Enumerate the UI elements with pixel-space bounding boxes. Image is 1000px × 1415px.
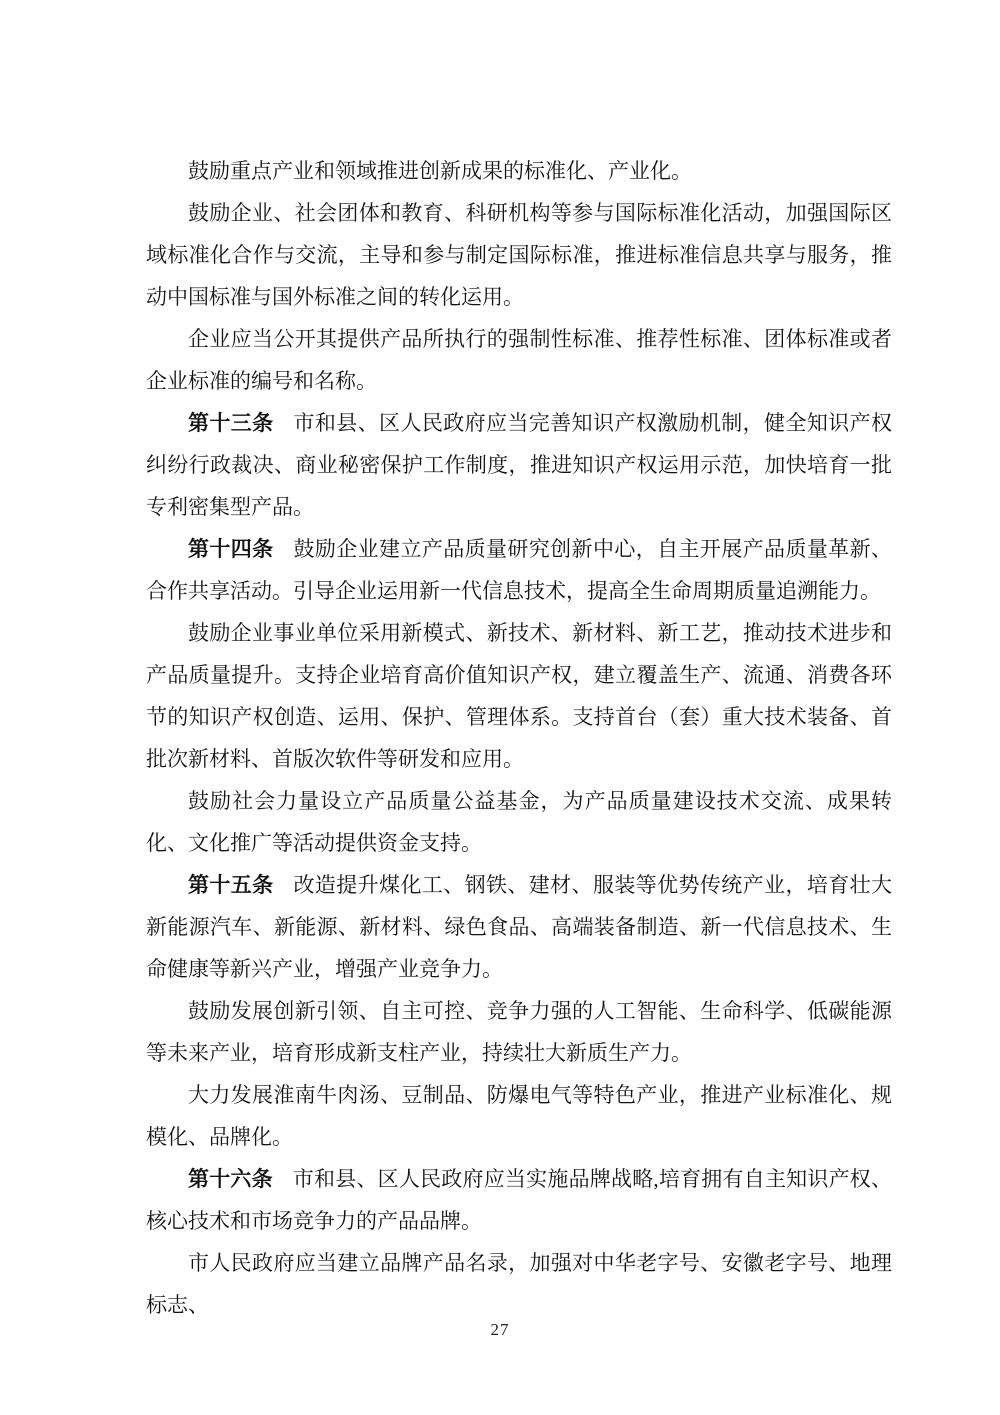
document-body: 鼓励重点产业和领域推进创新成果的标准化、产业化。 鼓励企业、社会团体和教育、科研… (146, 150, 892, 1326)
paragraph: 大力发展淮南牛肉汤、豆制品、防爆电气等特色产业，推进产业标准化、规模化、品牌化。 (146, 1074, 892, 1158)
article-number-label: 第十四条 (188, 537, 274, 561)
paragraph-text: 鼓励发展创新引领、自主可控、竞争力强的人工智能、生命科学、低碳能源等未来产业，培… (146, 999, 892, 1065)
article-number-label: 第十三条 (188, 411, 274, 435)
paragraph: 企业应当公开其提供产品所执行的强制性标准、推荐性标准、团体标准或者企业标准的编号… (146, 318, 892, 402)
paragraph-text: 鼓励重点产业和领域推进创新成果的标准化、产业化。 (188, 159, 692, 183)
paragraph: 市人民政府应当建立品牌产品名录，加强对中华老字号、安徽老字号、地理标志、 (146, 1242, 892, 1326)
page-number: 27 (491, 1320, 510, 1339)
paragraph: 鼓励企业事业单位采用新模式、新技术、新材料、新工艺，推动技术进步和产品质量提升。… (146, 612, 892, 780)
paragraph: 第十六条市和县、区人民政府应当实施品牌战略,培育拥有自主知识产权、核心技术和市场… (146, 1158, 892, 1242)
paragraph: 第十四条鼓励企业建立产品质量研究创新中心，自主开展产品质量革新、合作共享活动。引… (146, 528, 892, 612)
paragraph: 鼓励社会力量设立产品质量公益基金，为产品质量建设技术交流、成果转化、文化推广等活… (146, 780, 892, 864)
paragraph-text: 大力发展淮南牛肉汤、豆制品、防爆电气等特色产业，推进产业标准化、规模化、品牌化。 (146, 1083, 892, 1149)
paragraph-text: 鼓励企业事业单位采用新模式、新技术、新材料、新工艺，推动技术进步和产品质量提升。… (146, 621, 892, 771)
page-footer: 27 (0, 1320, 1000, 1340)
paragraph: 第十五条改造提升煤化工、钢铁、建材、服装等优势传统产业，培育壮大新能源汽车、新能… (146, 864, 892, 990)
paragraph: 第十三条市和县、区人民政府应当完善知识产权激励机制，健全知识产权纠纷行政裁决、商… (146, 402, 892, 528)
paragraph: 鼓励发展创新引领、自主可控、竞争力强的人工智能、生命科学、低碳能源等未来产业，培… (146, 990, 892, 1074)
paragraph-text: 鼓励社会力量设立产品质量公益基金，为产品质量建设技术交流、成果转化、文化推广等活… (146, 789, 892, 855)
article-number-label: 第十六条 (188, 1167, 273, 1191)
document-page: 鼓励重点产业和领域推进创新成果的标准化、产业化。 鼓励企业、社会团体和教育、科研… (0, 0, 1000, 1415)
paragraph-text: 企业应当公开其提供产品所执行的强制性标准、推荐性标准、团体标准或者企业标准的编号… (146, 327, 892, 393)
paragraph: 鼓励企业、社会团体和教育、科研机构等参与国际标准化活动，加强国际区域标准化合作与… (146, 192, 892, 318)
paragraph-text: 鼓励企业、社会团体和教育、科研机构等参与国际标准化活动，加强国际区域标准化合作与… (146, 201, 892, 309)
article-number-label: 第十五条 (188, 873, 274, 897)
paragraph: 鼓励重点产业和领域推进创新成果的标准化、产业化。 (146, 150, 892, 192)
paragraph-text: 市人民政府应当建立品牌产品名录，加强对中华老字号、安徽老字号、地理标志、 (146, 1251, 892, 1317)
